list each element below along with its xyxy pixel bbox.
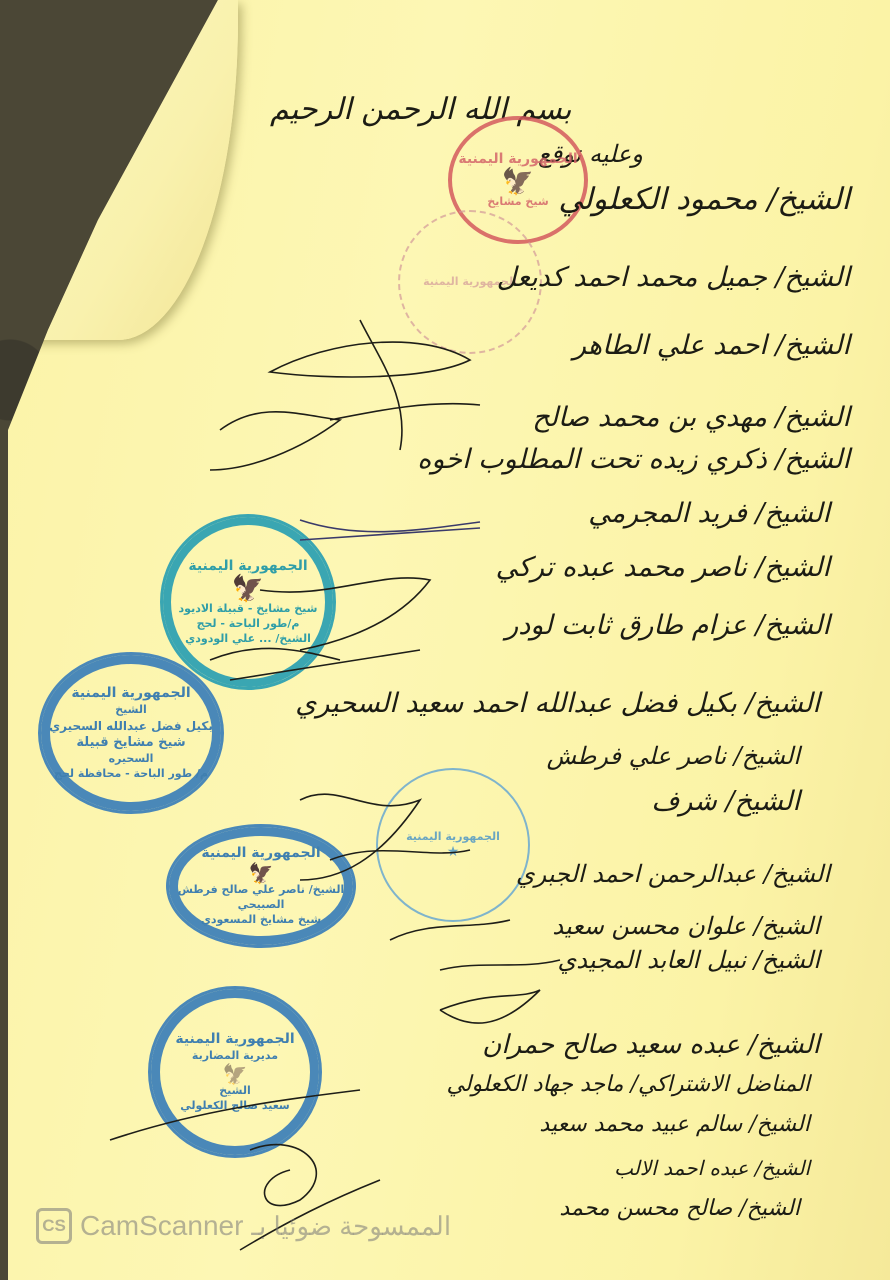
signatory-line: الشيخ/ سالم عبيد محمد سعيد [539, 1112, 810, 1137]
signatory-line: الشيخ/ بكيل فضل عبدالله احمد سعيد السحير… [295, 688, 820, 719]
signatory-line: المناضل الاشتراكي/ ماجد جهاد الكعلولي [446, 1072, 810, 1097]
signatory-line: الشيخ/ عبدالرحمن احمد الجبري [516, 860, 830, 888]
signatory-line: الشيخ/ صالح محسن محمد [559, 1196, 800, 1221]
blue-stamp-sabihi: الجمهورية اليمنية 🦅 الشيخ/ ناصر علي صالح… [166, 824, 356, 948]
signatory-line: الشيخ/ ناصر علي فرطش [547, 742, 800, 770]
eagle-emblem-icon: 🦅 [502, 169, 534, 195]
signatory-line: الشيخ/ عزام طارق ثابت لودر [505, 610, 830, 641]
signatory-line: الشيخ/ شرف [651, 786, 800, 817]
blue-stamp-sahiri: الجمهورية اليمنية الشيخ بكيل فضل عبدالله… [38, 652, 224, 814]
signatory-line: الشيخ/ محمود الكعلولي [558, 182, 850, 217]
document-sheet: بسم الله الرحمن الرحيم وعليه نوقع الجمهو… [8, 0, 890, 1280]
signatory-line: الشيخ/ ذكري زيده تحت المطلوب اخوه [417, 444, 850, 475]
eagle-emblem-icon: 🦅 [232, 576, 264, 602]
camscanner-logo-icon: CS [36, 1208, 72, 1244]
camscanner-watermark: CS CamScanner الممسوحة ضوئيا بـ [36, 1208, 451, 1244]
blue-stamp-small: الجمهورية اليمنية ★ [376, 768, 530, 922]
signatory-line: الشيخ/ فريد المجرمي [588, 498, 830, 529]
teal-stamp-udud: الجمهورية اليمنية 🦅 شيخ مشايخ - قبيلة ال… [160, 514, 336, 690]
signatory-line: الشيخ/ نبيل العابد المجيدي [557, 946, 820, 974]
watermark-arabic: الممسوحة ضوئيا بـ [251, 1211, 451, 1242]
eagle-emblem-icon: 🦅 [249, 863, 274, 883]
signatory-line: الشيخ/ احمد علي الطاهر [573, 330, 850, 361]
blue-stamp-madaraba: الجمهورية اليمنية مديرية المضاربة 🦅 الشي… [148, 986, 322, 1158]
signatory-line: الشيخ/ مهدي بن محمد صالح [532, 402, 850, 433]
signatory-line: الشيخ/ جميل محمد احمد كديعل [497, 262, 850, 293]
edge-red-stamp [868, 20, 890, 150]
signatory-line: الشيخ/ عبده احمد الالب [614, 1156, 810, 1180]
signatory-line: الشيخ/ علوان محسن سعيد [552, 912, 820, 940]
eagle-emblem-icon: 🦅 [223, 1064, 248, 1084]
watermark-brand: CamScanner [80, 1210, 243, 1242]
signatory-line: الشيخ/ ناصر محمد عبده تركي [496, 552, 830, 583]
signatory-line: الشيخ/ عبده سعيد صالح حمران [482, 1030, 820, 1060]
